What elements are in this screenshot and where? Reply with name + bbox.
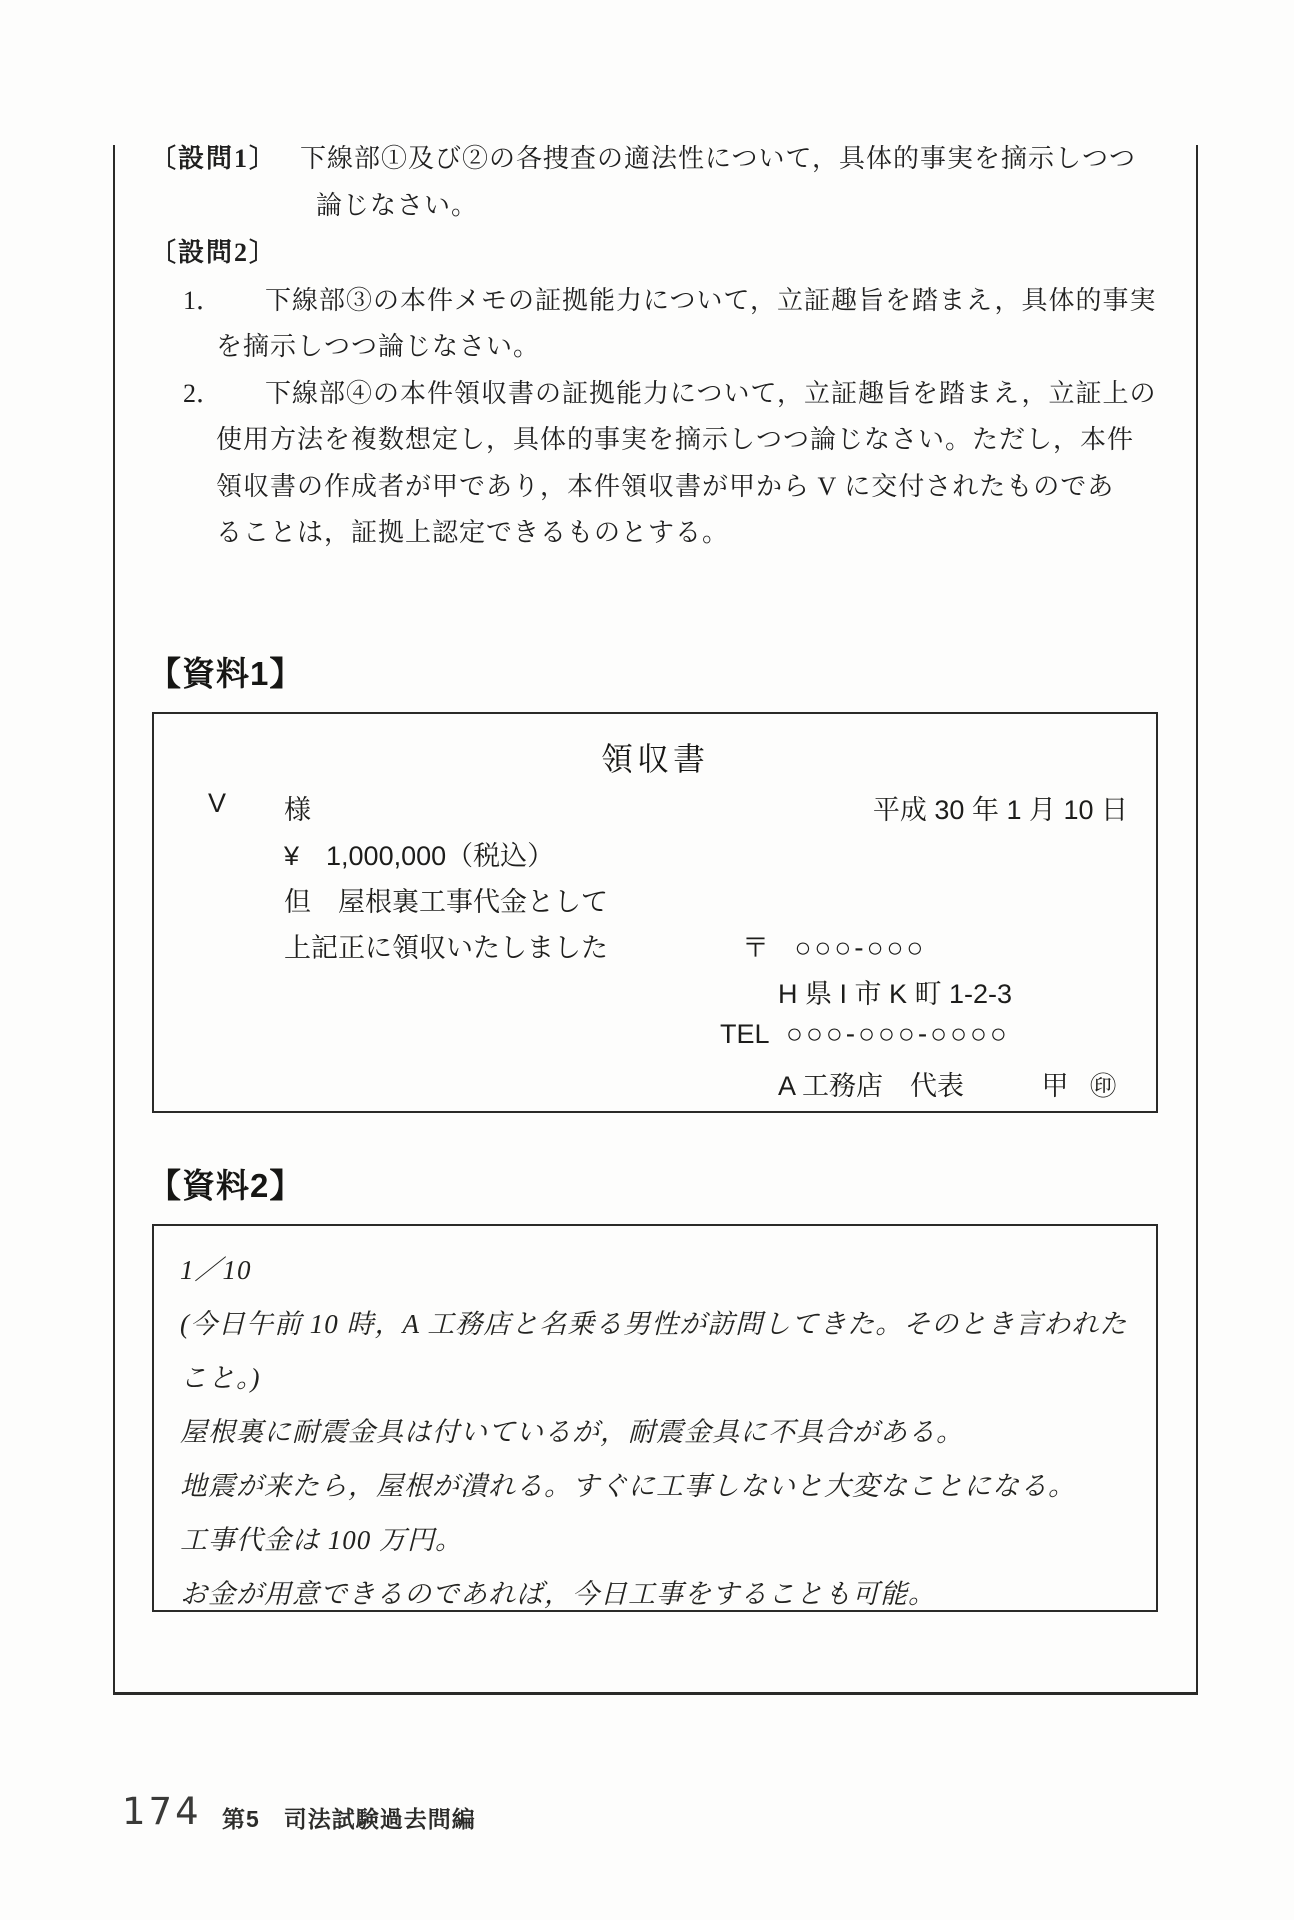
scanned-exam-page: 〔設問1〕下線部①及び②の各捜査の適法性について，具体的事実を摘示しつつ 論じな…	[0, 0, 1294, 1920]
shiryo2-heading: 【資料2】	[148, 1160, 303, 1207]
question1-line1: 〔設問1〕下線部①及び②の各捜査の適法性について，具体的事実を摘示しつつ	[150, 140, 1136, 178]
page-number: 174	[122, 1790, 202, 1833]
receipt-addressee: V	[208, 788, 226, 819]
memo-line: 屋根裏に耐震金具は付いているが，耐震金具に不具合がある。	[180, 1410, 964, 1449]
question2-item2-line4: ることは，証拠上認定できるものとする。	[216, 514, 729, 552]
memo-line: お金が用意できるのであれば，今日工事をすることも可能。	[180, 1572, 936, 1611]
memo-box: 1／10 (今日午前 10 時，A 工務店と名乗る男性が訪問してきた。そのとき言…	[152, 1224, 1158, 1612]
memo-line: 1／10	[180, 1248, 252, 1287]
item2-text: 下線部④の本件領収書の証拠能力について，立証趣旨を踏まえ，立証上の	[265, 379, 1157, 408]
question2-item2-line2: 使用方法を複数想定し，具体的事実を摘示しつつ論じなさい。ただし，本件	[216, 421, 1134, 459]
question2-item2-line3: 領収書の作成者が甲であり，本件領収書が甲から V に交付されたものであ	[216, 468, 1114, 506]
receipt-box: 領収書 V 様 平成 30 年 1 月 10 日 ¥ 1,000,000（税込）…	[152, 712, 1158, 1113]
receipt-purpose: 但 屋根裏工事代金として	[284, 880, 608, 919]
receipt-date: 平成 30 年 1 月 10 日	[873, 788, 1128, 827]
item1-number: 1．	[183, 282, 265, 320]
receipt-honorific: 様	[284, 788, 311, 827]
receipt-postal-code: ○○○-○○○	[795, 932, 927, 963]
item2-number: 2．	[183, 375, 265, 413]
memo-line: (今日午前 10 時，A 工務店と名乗る男性が訪問してきた。そのとき言われた	[180, 1302, 1127, 1341]
shiryo1-heading: 【資料1】	[148, 648, 303, 695]
memo-line: 地震が来たら，屋根が潰れる。すぐに工事しないと大変なことになる。	[180, 1464, 1076, 1503]
receipt-address: H 県 I 市 K 町 1-2-3	[778, 972, 1012, 1011]
receipt-issuer: A 工務店 代表	[778, 1071, 964, 1101]
seal-icon: ㊞	[1090, 1073, 1116, 1099]
question2-item1-line2: を摘示しつつ論じなさい。	[216, 328, 540, 366]
question1-line2: 論じなさい。	[316, 187, 478, 225]
receipt-amount: ¥ 1,000,000（税込）	[284, 834, 554, 873]
question1-text: 下線部①及び②の各捜査の適法性について，具体的事実を摘示しつつ	[300, 144, 1136, 173]
receipt-postal-row: 〒 ○○○-○○○	[742, 926, 926, 965]
question2-item2-line1: 2．下線部④の本件領収書の証拠能力について，立証趣旨を踏まえ，立証上の	[183, 375, 1157, 413]
memo-line: 工事代金は 100 万円。	[180, 1518, 463, 1557]
receipt-issuer-name: 甲	[1042, 1071, 1069, 1101]
question2-label-text: 〔設問2〕	[150, 234, 300, 272]
receipt-statement: 上記正に領収いたしました	[284, 926, 608, 965]
receipt-issuer-row: A 工務店 代表 甲 ㊞	[778, 1064, 1116, 1103]
postal-mark-icon: 〒	[742, 933, 769, 963]
item1-text: 下線部③の本件メモの証拠能力について，立証趣旨を踏まえ，具体的事実	[265, 286, 1157, 315]
question2-label: 〔設問2〕	[150, 234, 300, 272]
receipt-title: 領収書	[154, 734, 1156, 780]
receipt-tel-number: ○○○-○○○-○○○○	[786, 1018, 1010, 1049]
question2-item1-line1: 1．下線部③の本件メモの証拠能力について，立証趣旨を踏まえ，具体的事実	[183, 282, 1157, 320]
receipt-tel-row: TEL ○○○-○○○-○○○○	[720, 1018, 1010, 1050]
receipt-tel-label: TEL	[720, 1019, 769, 1049]
memo-line: こと。)	[180, 1356, 261, 1395]
question1-label: 〔設問1〕	[150, 140, 300, 178]
footer-chapter-title: 第5 司法試験過去問編	[222, 1801, 476, 1834]
